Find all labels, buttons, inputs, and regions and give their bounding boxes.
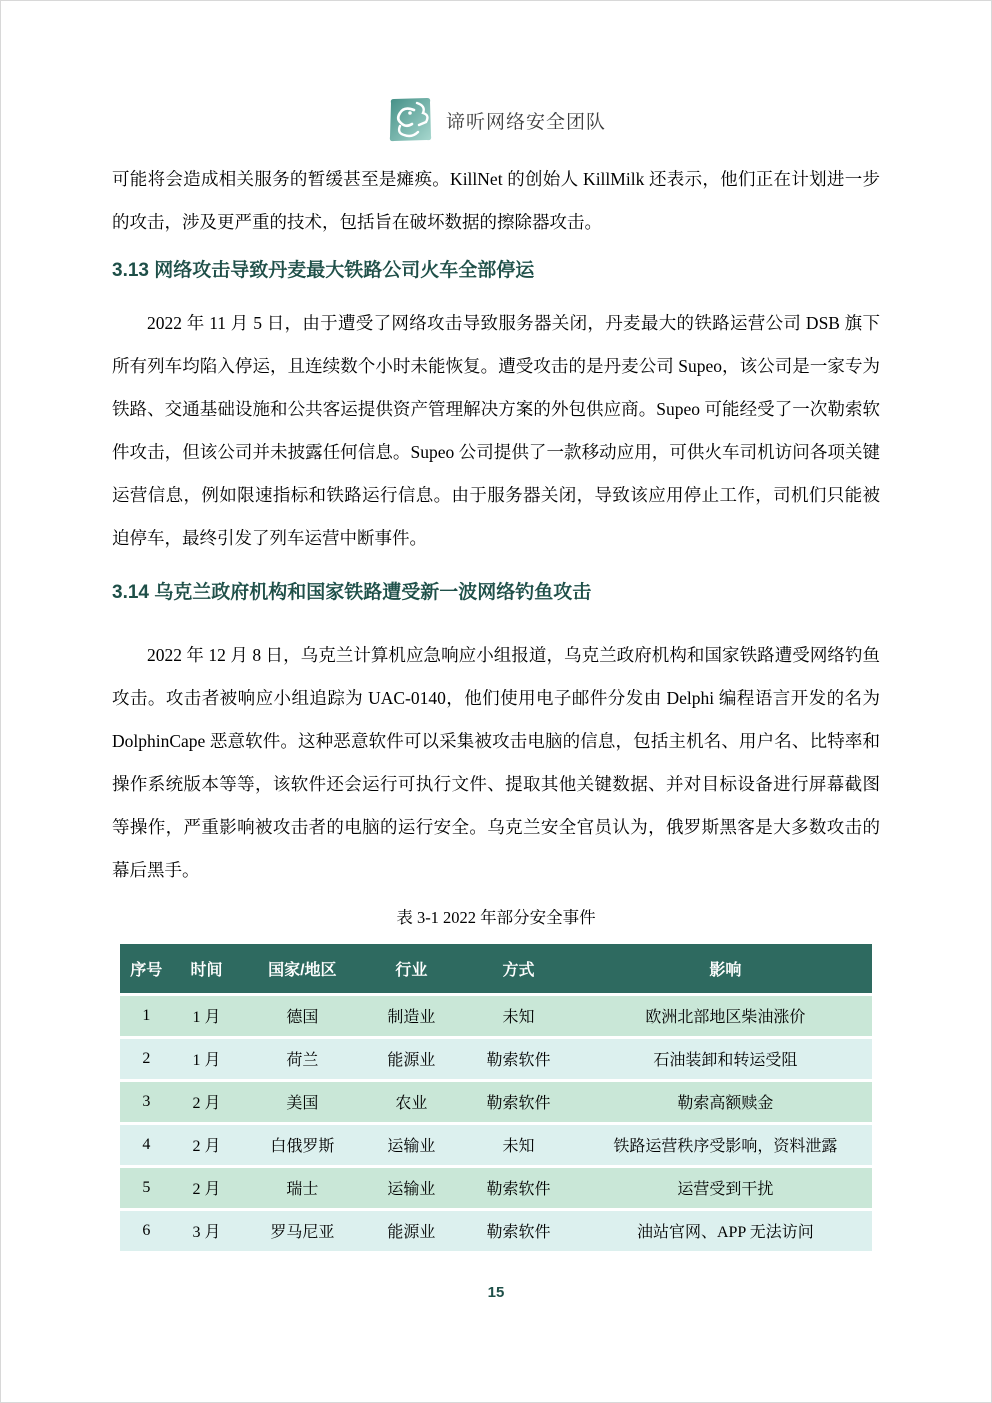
table-cell: 制造业 bbox=[364, 994, 458, 1037]
table-cell: 欧洲北部地区柴油涨价 bbox=[579, 994, 872, 1037]
table-cell: 2 月 bbox=[173, 1080, 241, 1123]
table-row: 1 1 月 德国 制造业 未知 欧洲北部地区柴油涨价 bbox=[120, 994, 872, 1037]
column-header-time: 时间 bbox=[173, 944, 241, 994]
table-cell: 瑞士 bbox=[240, 1166, 364, 1209]
table-cell: 2 月 bbox=[173, 1166, 241, 1209]
table-cell: 4 bbox=[120, 1123, 173, 1166]
table-cell: 3 bbox=[120, 1080, 173, 1123]
table-cell: 5 bbox=[120, 1166, 173, 1209]
page-number: 15 bbox=[0, 1284, 992, 1301]
table-cell: 荷兰 bbox=[240, 1037, 364, 1080]
table-cell: 罗马尼亚 bbox=[240, 1209, 364, 1252]
section-heading-3-13: 3.13 网络攻击导致丹麦最大铁路公司火车全部停运 bbox=[112, 258, 880, 284]
table-cell: 农业 bbox=[364, 1080, 458, 1123]
table-cell: 能源业 bbox=[364, 1037, 458, 1080]
column-header-index: 序号 bbox=[120, 944, 173, 994]
table-cell: 2 月 bbox=[173, 1123, 241, 1166]
table-cell: 未知 bbox=[458, 1123, 578, 1166]
security-events-table: 序号 时间 国家/地区 行业 方式 影响 1 1 月 德国 制造业 未知 欧洲北… bbox=[120, 944, 872, 1254]
table-cell: 白俄罗斯 bbox=[240, 1123, 364, 1166]
table-caption: 表 3-1 2022 年部分安全事件 bbox=[112, 906, 880, 930]
column-header-impact: 影响 bbox=[579, 944, 872, 994]
document-header: 谛听网络安全团队 bbox=[0, 0, 992, 146]
table-cell: 1 月 bbox=[173, 1037, 241, 1080]
table-cell: 勒索软件 bbox=[458, 1037, 578, 1080]
table-cell: 油站官网、APP 无法访问 bbox=[579, 1209, 872, 1252]
table-cell: 6 bbox=[120, 1209, 173, 1252]
table-cell: 勒索软件 bbox=[458, 1080, 578, 1123]
table-cell: 3 月 bbox=[173, 1209, 241, 1252]
table-cell: 铁路运营秩序受影响，资料泄露 bbox=[579, 1123, 872, 1166]
column-header-industry: 行业 bbox=[364, 944, 458, 994]
table-row: 5 2 月 瑞士 运输业 勒索软件 运营受到干扰 bbox=[120, 1166, 872, 1209]
table-cell: 美国 bbox=[240, 1080, 364, 1123]
table-header-row: 序号 时间 国家/地区 行业 方式 影响 bbox=[120, 944, 872, 994]
table-cell: 运输业 bbox=[364, 1166, 458, 1209]
section-heading-3-14: 3.14 乌克兰政府机构和国家铁路遭受新一波网络钓鱼攻击 bbox=[112, 580, 880, 606]
table-cell: 1 bbox=[120, 994, 173, 1037]
section-body-3-13: 2022 年 11 月 5 日，由于遭受了网络攻击导致服务器关闭，丹麦最大的铁路… bbox=[112, 302, 880, 560]
table-cell: 德国 bbox=[240, 994, 364, 1037]
column-header-country: 国家/地区 bbox=[240, 944, 364, 994]
section-body-3-14: 2022 年 12 月 8 日，乌克兰计算机应急响应小组报道，乌克兰政府机构和国… bbox=[112, 634, 880, 892]
column-header-method: 方式 bbox=[458, 944, 578, 994]
table-cell: 运营受到干扰 bbox=[579, 1166, 872, 1209]
table-cell: 勒索软件 bbox=[458, 1209, 578, 1252]
table-row: 3 2 月 美国 农业 勒索软件 勒索高额赎金 bbox=[120, 1080, 872, 1123]
table-cell: 能源业 bbox=[364, 1209, 458, 1252]
table-cell: 1 月 bbox=[173, 994, 241, 1037]
table-cell: 勒索软件 bbox=[458, 1166, 578, 1209]
table-row: 2 1 月 荷兰 能源业 勒索软件 石油装卸和转运受阻 bbox=[120, 1037, 872, 1080]
paragraph-intro: 可能将会造成相关服务的暂缓甚至是瘫痪。KillNet 的创始人 KillMilk… bbox=[112, 158, 880, 244]
table-cell: 石油装卸和转运受阻 bbox=[579, 1037, 872, 1080]
table-cell: 2 bbox=[120, 1037, 173, 1080]
table-cell: 未知 bbox=[458, 994, 578, 1037]
table-row: 6 3 月 罗马尼亚 能源业 勒索软件 油站官网、APP 无法访问 bbox=[120, 1209, 872, 1252]
page-content: 可能将会造成相关服务的暂缓甚至是瘫痪。KillNet 的创始人 KillMilk… bbox=[112, 158, 880, 1254]
team-name: 谛听网络安全团队 bbox=[446, 107, 606, 134]
table-cell: 运输业 bbox=[364, 1123, 458, 1166]
document-page: 谛听网络安全团队 可能将会造成相关服务的暂缓甚至是瘫痪。KillNet 的创始人… bbox=[0, 0, 992, 1403]
diting-seal-logo-icon bbox=[386, 96, 434, 144]
table-row: 4 2 月 白俄罗斯 运输业 未知 铁路运营秩序受影响，资料泄露 bbox=[120, 1123, 872, 1166]
table-cell: 勒索高额赎金 bbox=[579, 1080, 872, 1123]
